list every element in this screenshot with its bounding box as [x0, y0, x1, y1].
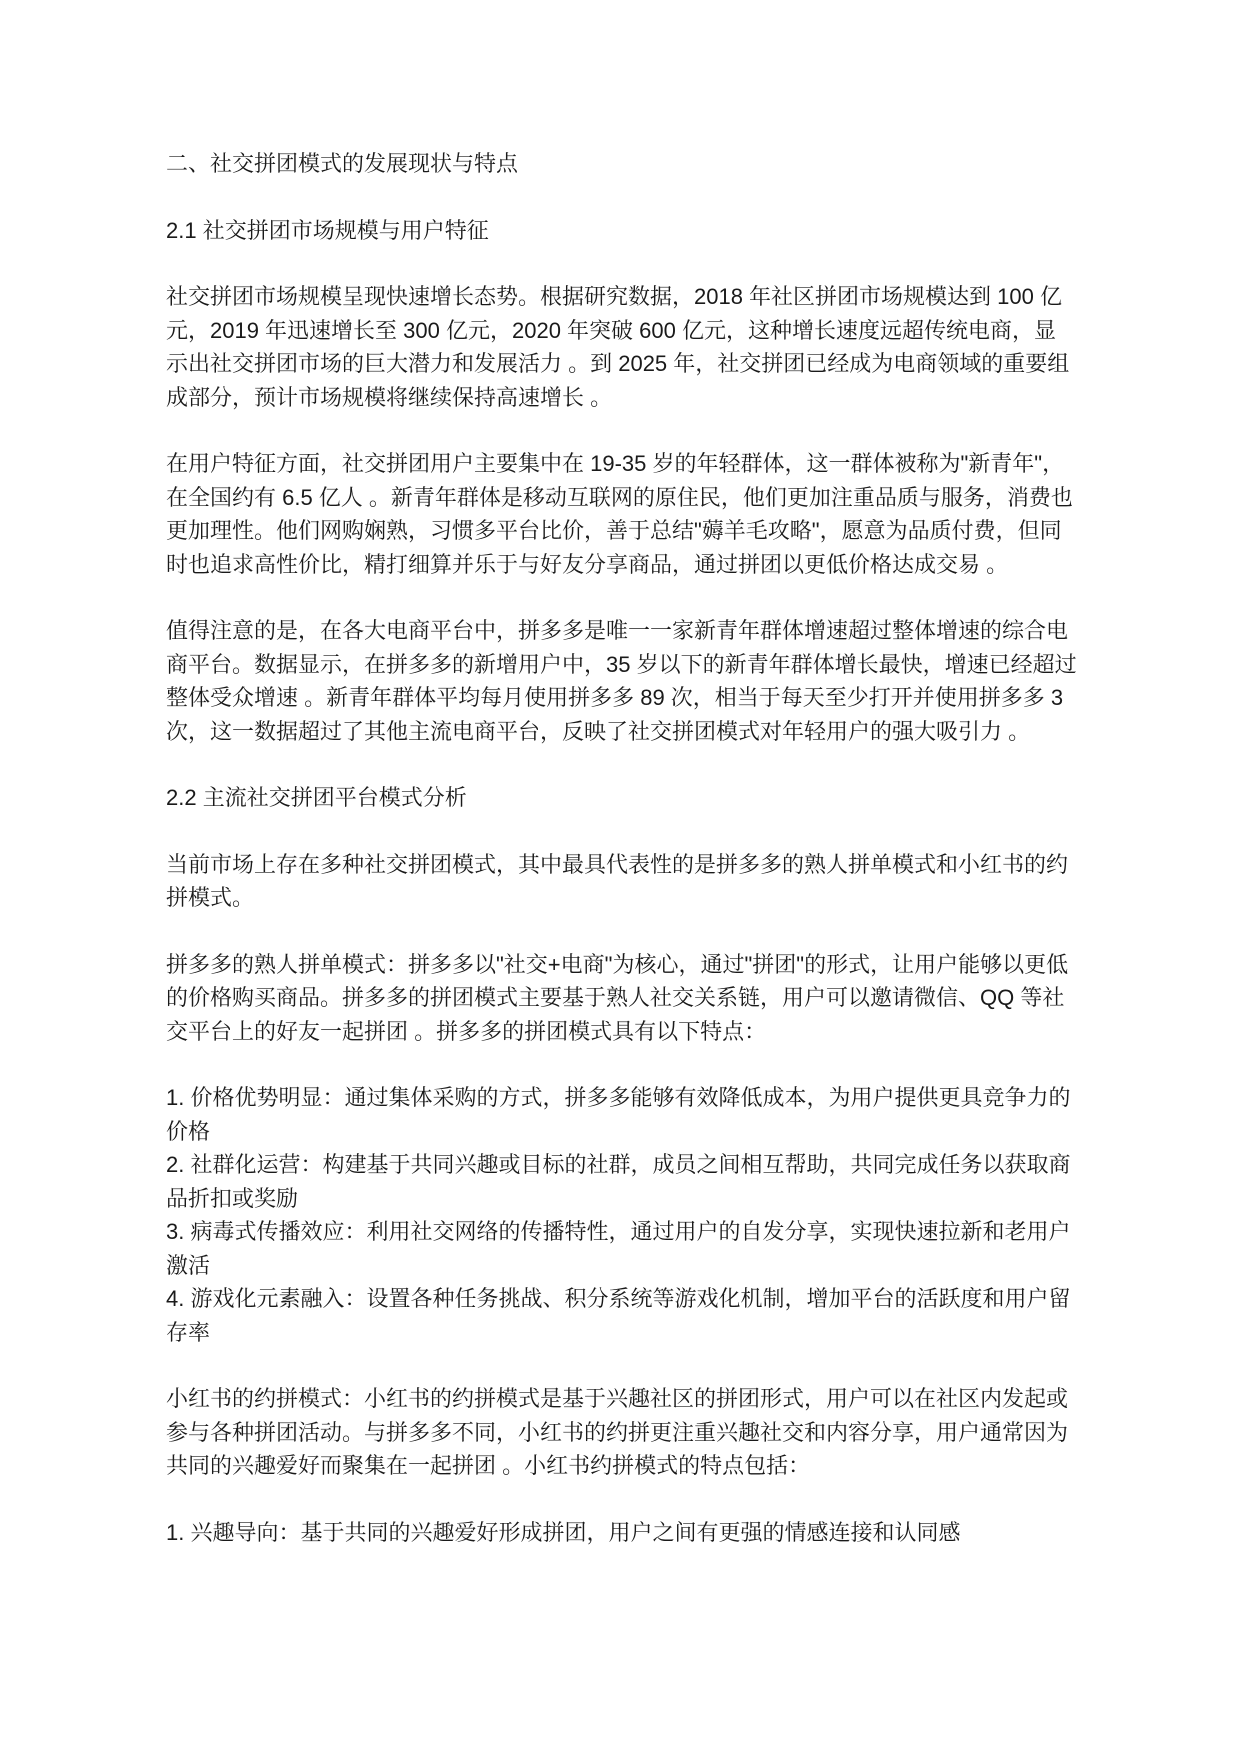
pdd-feature-item-3: 3. 病毒式传播效应：利用社交网络的传播特性，通过用户的自发分享，实现快速拉新和…: [166, 1215, 1077, 1282]
subsection-heading-2-2: 2.2 主流社交拼团平台模式分析: [166, 781, 1077, 815]
pdd-feature-item-1: 1. 价格优势明显：通过集体采购的方式，拼多多能够有效降低成本，为用户提供更具竞…: [166, 1081, 1077, 1148]
subsection-heading-2-1: 2.1 社交拼团市场规模与用户特征: [166, 214, 1077, 248]
paragraph-pdd-growth: 值得注意的是，在各大电商平台中，拼多多是唯一一家新青年群体增速超过整体增速的综合…: [166, 614, 1077, 748]
document-page: 二、社交拼团模式的发展现状与特点 2.1 社交拼团市场规模与用户特征 社交拼团市…: [0, 0, 1240, 1752]
section-heading: 二、社交拼团模式的发展现状与特点: [166, 147, 1077, 181]
paragraph-market-size: 社交拼团市场规模呈现快速增长态势。根据研究数据，2018 年社区拼团市场规模达到…: [166, 280, 1077, 414]
paragraph-user-profile: 在用户特征方面，社交拼团用户主要集中在 19-35 岁的年轻群体，这一群体被称为…: [166, 447, 1077, 581]
pdd-feature-item-4: 4. 游戏化元素融入：设置各种任务挑战、积分系统等游戏化机制，增加平台的活跃度和…: [166, 1282, 1077, 1349]
pdd-feature-item-2: 2. 社群化运营：构建基于共同兴趣或目标的社群，成员之间相互帮助，共同完成任务以…: [166, 1148, 1077, 1215]
pdd-feature-list: 1. 价格优势明显：通过集体采购的方式，拼多多能够有效降低成本，为用户提供更具竞…: [166, 1081, 1077, 1349]
paragraph-pdd-model: 拼多多的熟人拼单模式：拼多多以"社交+电商"为核心，通过"拼团"的形式，让用户能…: [166, 948, 1077, 1049]
paragraph-platform-overview: 当前市场上存在多种社交拼团模式，其中最具代表性的是拼多多的熟人拼单模式和小红书的…: [166, 848, 1077, 915]
xhs-feature-item-1: 1. 兴趣导向：基于共同的兴趣爱好形成拼团，用户之间有更强的情感连接和认同感: [166, 1516, 1077, 1550]
paragraph-xhs-model: 小红书的约拼模式：小红书的约拼模式是基于兴趣社区的拼团形式，用户可以在社区内发起…: [166, 1382, 1077, 1483]
xhs-feature-list: 1. 兴趣导向：基于共同的兴趣爱好形成拼团，用户之间有更强的情感连接和认同感: [166, 1516, 1077, 1550]
